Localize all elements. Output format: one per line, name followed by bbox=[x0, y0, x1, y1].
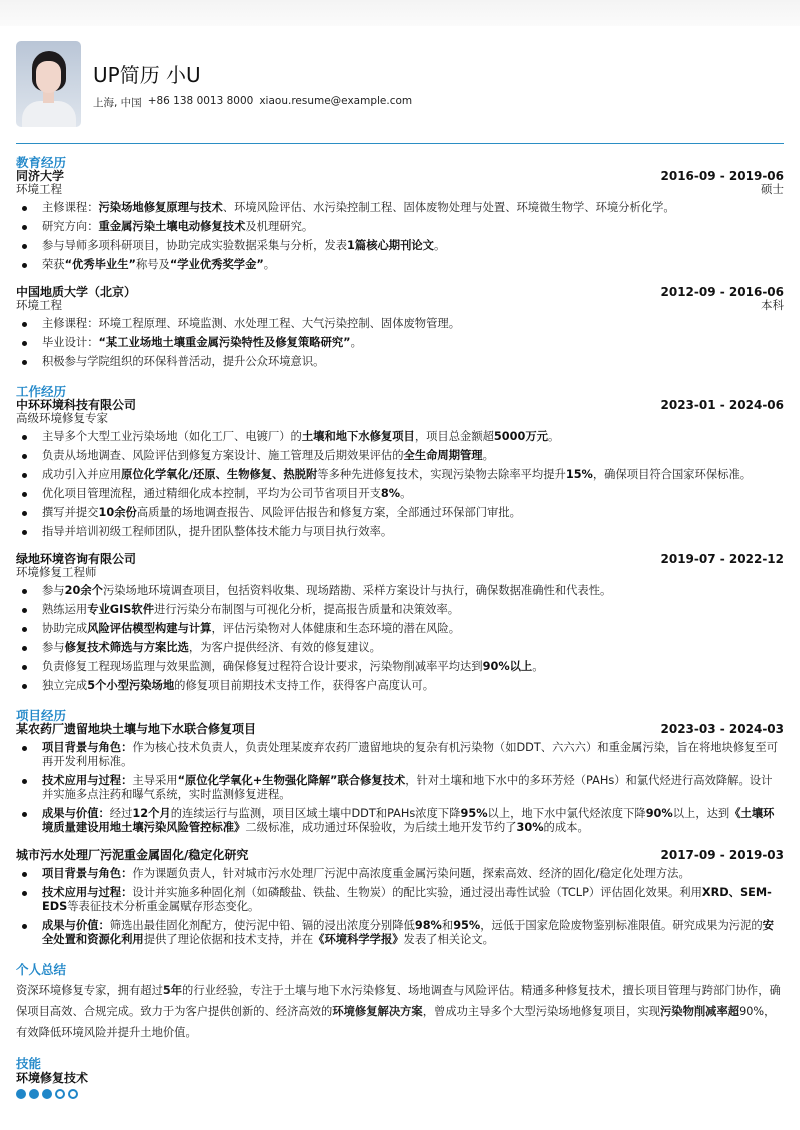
email[interactable]: xiaou.resume@example.com bbox=[259, 95, 412, 110]
bullet-highlight: 12个月 bbox=[132, 807, 170, 820]
bullet-text: ，项目总金额超 bbox=[415, 430, 494, 443]
work-entry: 绿地环境咨询有限公司2019-07 - 2022-12环境修复工程师参与20余个… bbox=[16, 553, 784, 693]
bullet-highlight: 90% bbox=[646, 807, 673, 820]
empty-dot-icon bbox=[68, 1089, 78, 1099]
empty-dot-icon bbox=[55, 1089, 65, 1099]
bullet-text: 经过 bbox=[110, 807, 133, 820]
bullet-text: 荣获 bbox=[42, 258, 65, 271]
section-title-skills: 技能 bbox=[16, 1057, 784, 1071]
bullet-text: 主导多个大型工业污染场地（如化工厂、电镀厂）的 bbox=[42, 430, 302, 443]
bullet-item: 积极参与学院组织的环保科普活动，提升公众环境意识。 bbox=[16, 355, 784, 369]
bullet-item: 主修课程：污染场地修复原理与技术、环境风险评估、水污染控制工程、固体废物处理与处… bbox=[16, 201, 784, 215]
bullet-text: 发表了相关论文。 bbox=[404, 933, 494, 946]
summary-highlight: 环境修复解决方案 bbox=[332, 1005, 422, 1018]
summary-highlight: 5年 bbox=[163, 984, 182, 997]
project-entry: 某农药厂遗留地块土壤与地下水联合修复项目2023-03 - 2024-03项目背… bbox=[16, 723, 784, 835]
bullet-text: 。 bbox=[351, 336, 362, 349]
bullet-text: ，评估污染物对人体健康和生态环境的潜在风险。 bbox=[211, 622, 460, 635]
bullet-highlight: 原位化学氧化/还原、生物修复、热脱附 bbox=[121, 468, 317, 481]
bullet-text: 作为课题负责人，针对城市污水处理厂污泥中高浓度重金属污染问题，探索高效、经济的固… bbox=[132, 867, 689, 880]
bullet-text: 主修课程：环境工程原理、环境监测、水处理工程、大气污染控制、固体废物管理。 bbox=[42, 317, 460, 330]
project-list: 某农药厂遗留地块土壤与地下水联合修复项目2023-03 - 2024-03项目背… bbox=[16, 723, 784, 947]
project-name: 城市污水处理厂污泥重金属固化/稳定化研究 bbox=[16, 849, 248, 862]
bullet-text: 。 bbox=[434, 239, 445, 252]
bullet-highlight: 重金属污染土壤电动修复技术 bbox=[99, 220, 246, 233]
bullet-text: 优化项目管理流程，通过精细化成本控制，平均为公司节省项目开支 bbox=[42, 487, 381, 500]
bullet-item: 优化项目管理流程，通过精细化成本控制，平均为公司节省项目开支8%。 bbox=[16, 487, 784, 501]
bullet-text: 主导采用 bbox=[132, 774, 177, 787]
bullet-text: 作为核心技术负责人，负责处理某废弃农药厂遗留地块的复杂有机污染物（如DDT、六六… bbox=[42, 741, 778, 768]
bullet-highlight: 90%以上 bbox=[483, 660, 533, 673]
bullet-highlight: 95% bbox=[453, 919, 480, 932]
bullet-item: 毕业设计：“某工业场地土壤重金属污染特性及修复策略研究”。 bbox=[16, 336, 784, 350]
bullet-highlight: 5000万元 bbox=[494, 430, 548, 443]
section-title-projects: 项目经历 bbox=[16, 709, 784, 723]
section-title-summary: 个人总结 bbox=[16, 963, 784, 977]
date-range: 2017-09 - 2019-03 bbox=[661, 849, 785, 862]
bullet-highlight: 成果与价值： bbox=[42, 807, 110, 820]
summary-fragment: ，曾成功主导多个大型污染场地修复项目，实现 bbox=[423, 1005, 660, 1018]
bullet-text: 设计并实施多种固化剂（如磷酸盐、铁盐、生物炭）的配比实验，通过浸出毒性试验（TC… bbox=[132, 886, 702, 899]
bullet-item: 荣获“优秀毕业生”称号及“学业优秀奖学金”。 bbox=[16, 258, 784, 272]
degree: 本科 bbox=[761, 299, 784, 312]
bullet-item: 参与导师多项科研项目，协助完成实验数据采集与分析，发表1篇核心期刊论文。 bbox=[16, 239, 784, 253]
bullet-text: 负责从场地调查、风险评估到修复方案设计、施工管理及后期效果评估的 bbox=[42, 449, 404, 462]
bullet-text: 的成本。 bbox=[544, 821, 589, 834]
entry-header: 中环环境科技有限公司2023-01 - 2024-06 bbox=[16, 399, 784, 412]
bullet-list: 参与20余个污染场地环境调查项目，包括资料收集、现场踏勘、采样方案设计与执行，确… bbox=[16, 584, 784, 693]
bullet-item: 成果与价值：经过12个月的连续运行与监测，项目区域土壤中DDT和PAHs浓度下降… bbox=[16, 807, 784, 835]
avatar bbox=[16, 41, 81, 127]
entry-header: 城市污水处理厂污泥重金属固化/稳定化研究2017-09 - 2019-03 bbox=[16, 849, 784, 862]
contact-line: 上海, 中国 +86 138 0013 8000 xiaou.resume@ex… bbox=[93, 95, 412, 110]
bullet-highlight: “某工业场地土壤重金属污染特性及修复策略研究” bbox=[99, 336, 351, 349]
bullet-text: 负责修复工程现场监理与效果监测，确保修复过程符合设计要求，污染物削减率平均达到 bbox=[42, 660, 483, 673]
bullet-text: ，为客户提供经济、有效的修复建议。 bbox=[189, 641, 381, 654]
bullet-text: 协助完成 bbox=[42, 622, 87, 635]
bullet-text: 。 bbox=[400, 487, 411, 500]
bullet-highlight: 成果与价值： bbox=[42, 919, 110, 932]
resume-header: UP简历 小U 上海, 中国 +86 138 0013 8000 xiaou.r… bbox=[16, 41, 784, 127]
bullet-highlight: 项目背景与角色： bbox=[42, 867, 132, 880]
bullet-item: 成功引入并应用原位化学氧化/还原、生物修复、热脱附等多种先进修复技术，实现污染物… bbox=[16, 468, 784, 482]
bullet-text: 独立完成 bbox=[42, 679, 87, 692]
bullet-text: 筛选出最佳固化剂配方，使污泥中铅、镉的浸出浓度分别降低 bbox=[110, 919, 415, 932]
bullet-list: 项目背景与角色：作为核心技术负责人，负责处理某废弃农药厂遗留地块的复杂有机污染物… bbox=[16, 741, 784, 835]
summary-text: 资深环境修复专家，拥有超过5年的行业经验，专注于土壤与地下水污染修复、场地调查与… bbox=[16, 980, 784, 1043]
job-role: 环境修复工程师 bbox=[16, 566, 97, 579]
bullet-text: ，确保项目符合国家环保标准。 bbox=[593, 468, 751, 481]
bullet-text: 。 bbox=[548, 430, 559, 443]
bullet-highlight: 98% bbox=[415, 919, 442, 932]
bullet-highlight: 全生命周期管理 bbox=[404, 449, 483, 462]
bullet-text: 的修复项目前期技术支持工作，获得客户高度认可。 bbox=[174, 679, 434, 692]
entry-subheader: 环境修复工程师 bbox=[16, 566, 784, 579]
bullet-highlight: 95% bbox=[460, 807, 487, 820]
bullet-text: 研究方向： bbox=[42, 220, 99, 233]
bullet-highlight: 土壤和地下水修复项目 bbox=[302, 430, 415, 443]
skill-name: 环境修复技术 bbox=[16, 1071, 784, 1085]
major: 环境工程 bbox=[16, 299, 62, 312]
bullet-list: 主修课程：污染场地修复原理与技术、环境风险评估、水污染控制工程、固体废物处理与处… bbox=[16, 201, 784, 272]
bullet-highlight: “优秀毕业生” bbox=[65, 258, 136, 271]
location: 上海, 中国 bbox=[93, 95, 142, 110]
bullet-text: 的连续运行与监测，项目区域土壤中DDT和PAHs浓度下降 bbox=[171, 807, 461, 820]
bullet-highlight: 5个小型污染场地 bbox=[87, 679, 174, 692]
summary-fragment: 资深环境修复专家，拥有超过 bbox=[16, 984, 163, 997]
bullet-item: 参与20余个污染场地环境调查项目，包括资料收集、现场踏勘、采样方案设计与执行，确… bbox=[16, 584, 784, 598]
degree: 硕士 bbox=[761, 183, 784, 196]
bullet-highlight: 《环境科学学报》 bbox=[313, 933, 403, 946]
bullet-text: 成功引入并应用 bbox=[42, 468, 121, 481]
header-info: UP简历 小U 上海, 中国 +86 138 0013 8000 xiaou.r… bbox=[93, 59, 412, 110]
bullet-item: 成果与价值：筛选出最佳固化剂配方，使污泥中铅、镉的浸出浓度分别降低98%和95%… bbox=[16, 919, 784, 947]
bullet-highlight: 1篇核心期刊论文 bbox=[347, 239, 434, 252]
skills-list: 环境修复技术 bbox=[16, 1071, 784, 1099]
bullet-text: 熟练运用 bbox=[42, 603, 87, 616]
entry-subheader: 环境工程本科 bbox=[16, 299, 784, 312]
bullet-text: 二级标准，成功通过环保验收，为后续土地开发节约了 bbox=[245, 821, 516, 834]
education-list: 同济大学2016-09 - 2019-06环境工程硕士主修课程：污染场地修复原理… bbox=[16, 170, 784, 369]
section-title-education: 教育经历 bbox=[16, 156, 784, 170]
bullet-text: 称号及 bbox=[136, 258, 170, 271]
filled-dot-icon bbox=[29, 1089, 39, 1099]
major: 环境工程 bbox=[16, 183, 62, 196]
filled-dot-icon bbox=[42, 1089, 52, 1099]
bullet-text: 进行污染分布制图与可视化分析，提高报告质量和决策效率。 bbox=[154, 603, 459, 616]
bullet-highlight: 15% bbox=[566, 468, 593, 481]
entry-header: 绿地环境咨询有限公司2019-07 - 2022-12 bbox=[16, 553, 784, 566]
bullet-text: 。 bbox=[264, 258, 275, 271]
bullet-text: 积极参与学院组织的环保科普活动，提升公众环境意识。 bbox=[42, 355, 324, 368]
bullet-text: 提供了理论依据和技术支持，并在 bbox=[144, 933, 313, 946]
entry-subheader: 环境工程硕士 bbox=[16, 183, 784, 196]
bullet-text: 高质量的场地调查报告、风险评估报告和修复方案，全部通过环保部门审批。 bbox=[137, 506, 521, 519]
bullet-text: 毕业设计： bbox=[42, 336, 99, 349]
bullet-highlight: 20余个 bbox=[65, 584, 103, 597]
bullet-highlight: 项目背景与角色： bbox=[42, 741, 132, 754]
project-entry: 城市污水处理厂污泥重金属固化/稳定化研究2017-09 - 2019-03项目背… bbox=[16, 849, 784, 947]
bullet-item: 负责修复工程现场监理与效果监测，确保修复过程符合设计要求，污染物削减率平均达到9… bbox=[16, 660, 784, 674]
bullet-highlight: “学业优秀奖学金” bbox=[170, 258, 264, 271]
bullet-text: 主修课程： bbox=[42, 201, 99, 214]
bullet-highlight: 风险评估模型构建与计算 bbox=[87, 622, 211, 635]
bullet-text: 撰写并提交 bbox=[42, 506, 99, 519]
entry-subheader: 高级环境修复专家 bbox=[16, 412, 784, 425]
project-name: 某农药厂遗留地块土壤与地下水联合修复项目 bbox=[16, 723, 256, 736]
entry-header: 同济大学2016-09 - 2019-06 bbox=[16, 170, 784, 183]
bullet-item: 主修课程：环境工程原理、环境监测、水处理工程、大气污染控制、固体废物管理。 bbox=[16, 317, 784, 331]
bullet-item: 主导多个大型工业污染场地（如化工厂、电镀厂）的土壤和地下水修复项目，项目总金额超… bbox=[16, 430, 784, 444]
filled-dot-icon bbox=[16, 1089, 26, 1099]
bullet-text: 以上，地下水中氯代烃浓度下降 bbox=[488, 807, 646, 820]
bullet-item: 熟练运用专业GIS软件进行污染分布制图与可视化分析，提高报告质量和决策效率。 bbox=[16, 603, 784, 617]
bullet-item: 指导并培训初级工程师团队，提升团队整体技术能力与项目执行效率。 bbox=[16, 525, 784, 539]
date-range: 2023-03 - 2024-03 bbox=[661, 723, 785, 736]
bullet-text: ，远低于国家危险废物鉴别标准限值。研究成果为污泥的 bbox=[480, 919, 762, 932]
bullet-item: 项目背景与角色：作为课题负责人，针对城市污水处理厂污泥中高浓度重金属污染问题，探… bbox=[16, 867, 784, 881]
bullet-highlight: 污染场地修复原理与技术 bbox=[99, 201, 223, 214]
date-range: 2023-01 - 2024-06 bbox=[661, 399, 785, 412]
bullet-highlight: 30% bbox=[517, 821, 544, 834]
bullet-item: 撰写并提交10余份高质量的场地调查报告、风险评估报告和修复方案，全部通过环保部门… bbox=[16, 506, 784, 520]
bullet-text: 参与导师多项科研项目，协助完成实验数据采集与分析，发表 bbox=[42, 239, 347, 252]
bullet-highlight: “原位化学氧化+生物强化降解”联合修复技术 bbox=[178, 774, 406, 787]
bullet-item: 负责从场地调查、风险评估到修复方案设计、施工管理及后期效果评估的全生命周期管理。 bbox=[16, 449, 784, 463]
bullet-highlight: 技术应用与过程： bbox=[42, 886, 132, 899]
entry-header: 某农药厂遗留地块土壤与地下水联合修复项目2023-03 - 2024-03 bbox=[16, 723, 784, 736]
bullet-highlight: 8% bbox=[381, 487, 400, 500]
bullet-item: 独立完成5个小型污染场地的修复项目前期技术支持工作，获得客户高度认可。 bbox=[16, 679, 784, 693]
bullet-item: 技术应用与过程：设计并实施多种固化剂（如磷酸盐、铁盐、生物炭）的配比实验，通过浸… bbox=[16, 886, 784, 914]
bullet-text: 及机理研究。 bbox=[245, 220, 313, 233]
candidate-name: UP简历 小U bbox=[93, 63, 412, 87]
bullet-text: 。 bbox=[483, 449, 494, 462]
work-list: 中环环境科技有限公司2023-01 - 2024-06高级环境修复专家主导多个大… bbox=[16, 399, 784, 693]
date-range: 2019-07 - 2022-12 bbox=[661, 553, 785, 566]
bullet-list: 项目背景与角色：作为课题负责人，针对城市污水处理厂污泥中高浓度重金属污染问题，探… bbox=[16, 867, 784, 947]
bullet-text: 指导并培训初级工程师团队，提升团队整体技术能力与项目执行效率。 bbox=[42, 525, 392, 538]
skill-item: 环境修复技术 bbox=[16, 1071, 784, 1099]
education-entry: 同济大学2016-09 - 2019-06环境工程硕士主修课程：污染场地修复原理… bbox=[16, 170, 784, 272]
header-divider bbox=[16, 143, 784, 144]
job-role: 高级环境修复专家 bbox=[16, 412, 108, 425]
bullet-highlight: 10余份 bbox=[99, 506, 137, 519]
bullet-text: 、环境风险评估、水污染控制工程、固体废物处理与处置、环境微生物学、环境分析化学。 bbox=[223, 201, 675, 214]
bullet-text: 和 bbox=[442, 919, 453, 932]
bullet-item: 协助完成风险评估模型构建与计算，评估污染物对人体健康和生态环境的潜在风险。 bbox=[16, 622, 784, 636]
work-entry: 中环环境科技有限公司2023-01 - 2024-06高级环境修复专家主导多个大… bbox=[16, 399, 784, 539]
bullet-list: 主修课程：环境工程原理、环境监测、水处理工程、大气污染控制、固体废物管理。毕业设… bbox=[16, 317, 784, 369]
bullet-text: 污染场地环境调查项目，包括资料收集、现场踏勘、采样方案设计与执行，确保数据准确性… bbox=[103, 584, 611, 597]
bullet-item: 项目背景与角色：作为核心技术负责人，负责处理某废弃农药厂遗留地块的复杂有机污染物… bbox=[16, 741, 784, 769]
bullet-text: 参与 bbox=[42, 641, 65, 654]
phone[interactable]: +86 138 0013 8000 bbox=[148, 95, 254, 110]
bullet-text: 以上，达到 bbox=[673, 807, 730, 820]
bullet-text: 等表征技术分析重金属赋存形态变化。 bbox=[67, 900, 259, 913]
bullet-text: 。 bbox=[532, 660, 543, 673]
bullet-highlight: 修复技术筛选与方案比选 bbox=[65, 641, 189, 654]
bullet-item: 参与修复技术筛选与方案比选，为客户提供经济、有效的修复建议。 bbox=[16, 641, 784, 655]
skill-level-dots bbox=[16, 1089, 784, 1099]
summary-highlight: 污染物削减率超 bbox=[660, 1005, 739, 1018]
section-title-work: 工作经历 bbox=[16, 385, 784, 399]
bullet-text: 参与 bbox=[42, 584, 65, 597]
bullet-text: 等多种先进修复技术，实现污染物去除率平均提升 bbox=[317, 468, 566, 481]
bullet-item: 技术应用与过程：主导采用“原位化学氧化+生物强化降解”联合修复技术，针对土壤和地… bbox=[16, 774, 784, 802]
bullet-highlight: 专业GIS软件 bbox=[87, 603, 154, 616]
top-bar bbox=[0, 0, 800, 26]
bullet-list: 主导多个大型工业污染场地（如化工厂、电镀厂）的土壤和地下水修复项目，项目总金额超… bbox=[16, 430, 784, 539]
education-entry: 中国地质大学（北京）2012-09 - 2016-06环境工程本科主修课程：环境… bbox=[16, 286, 784, 369]
bullet-highlight: 技术应用与过程： bbox=[42, 774, 132, 787]
entry-header: 中国地质大学（北京）2012-09 - 2016-06 bbox=[16, 286, 784, 299]
bullet-item: 研究方向：重金属污染土壤电动修复技术及机理研究。 bbox=[16, 220, 784, 234]
resume-page: UP简历 小U 上海, 中国 +86 138 0013 8000 xiaou.r… bbox=[0, 41, 800, 1099]
